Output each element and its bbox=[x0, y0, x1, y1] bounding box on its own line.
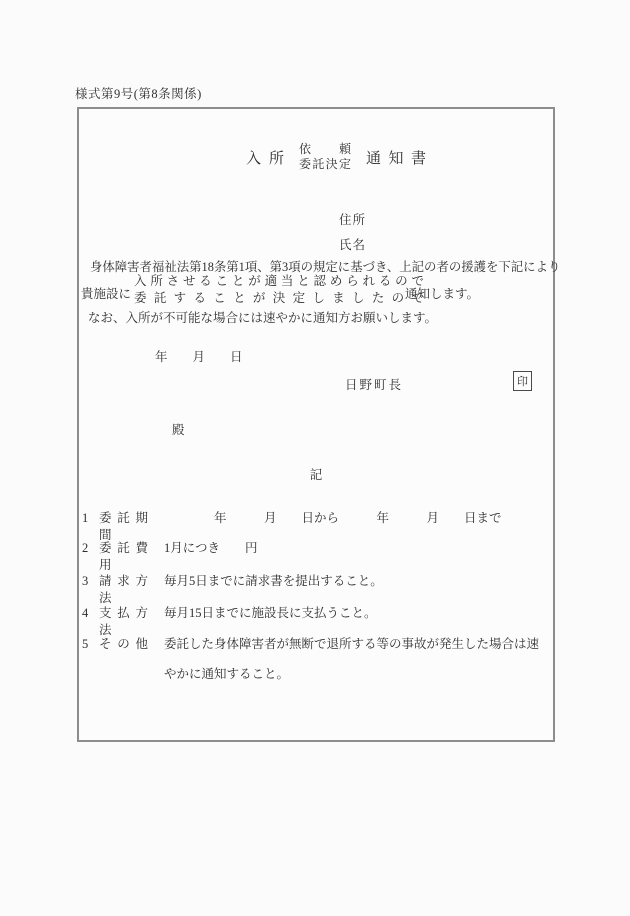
section-marker: 記 bbox=[79, 465, 553, 483]
title-part-tsuchisho: 通知書 bbox=[366, 147, 426, 168]
item-content: 毎月5日までに請求書を提出すること。 bbox=[164, 573, 547, 590]
name-label: 氏名 bbox=[339, 235, 366, 253]
item-label: その他 bbox=[99, 629, 148, 659]
item-number: 1 bbox=[82, 510, 99, 527]
list-item-consignment-period: 1 委託期間 年 月 日から 年 月 日まで bbox=[82, 510, 547, 544]
document-page: 様式第9号(第8条関係) 入所 依頼 委託決定 通知書 住所 氏名 身体障害者福… bbox=[0, 0, 630, 916]
list-item-other: 5 その他 委託した身体障害者が無断で退所する等の事故が発生した場合は速やかに通… bbox=[82, 629, 547, 689]
item-content: 1月につき 円 bbox=[164, 540, 547, 557]
issuer-name: 日野町長 bbox=[345, 375, 403, 393]
item-content: 毎月15日までに施設長に支払うこと。 bbox=[164, 605, 547, 622]
title-stack-top: 依頼 bbox=[299, 142, 351, 157]
body-line-2: 貴施設に 入所させることが適当と認められるので 委託することが決定しましたので … bbox=[79, 273, 553, 311]
item-number: 3 bbox=[82, 573, 99, 590]
body-stack-bottom: 委託することが決定しましたので bbox=[134, 290, 424, 307]
body-prefix: 貴施設に bbox=[81, 284, 131, 302]
item-label: 請求方法 bbox=[99, 573, 148, 607]
title-stacked-fraction: 依頼 委託決定 bbox=[299, 142, 351, 172]
item-label: 委託費用 bbox=[99, 540, 148, 574]
title-stack-bottom: 委託決定 bbox=[299, 157, 351, 172]
body-note: なお、入所が不可能な場合には速やかに通知方お願いします。 bbox=[88, 308, 437, 326]
item-content: 委託した身体障害者が無断で退所する等の事故が発生した場合は速やかに通知すること。 bbox=[164, 629, 547, 689]
body-stacked-fraction: 入所させることが適当と認められるので 委託することが決定しましたので bbox=[134, 273, 424, 306]
document-frame: 入所 依頼 委託決定 通知書 住所 氏名 身体障害者福祉法第18条第1項、第3項… bbox=[77, 107, 555, 742]
title-part-nyusho: 入所 bbox=[246, 147, 284, 168]
item-content: 年 月 日から 年 月 日まで bbox=[164, 510, 547, 527]
date-line: 年 月 日 bbox=[155, 347, 243, 365]
address-label: 住所 bbox=[339, 210, 366, 228]
item-number: 5 bbox=[82, 629, 99, 659]
list-item-billing-method: 3 請求方法 毎月5日までに請求書を提出すること。 bbox=[82, 573, 547, 607]
form-number: 様式第9号(第8条関係) bbox=[75, 84, 202, 102]
seal-mark: 印 bbox=[517, 373, 528, 389]
item-label: 委託期間 bbox=[99, 510, 148, 544]
seal-box: 印 bbox=[513, 371, 532, 391]
item-number: 2 bbox=[82, 540, 99, 557]
list-item-consignment-fee: 2 委託費用 1月につき 円 bbox=[82, 540, 547, 574]
addressee-honorific: 殿 bbox=[172, 420, 185, 438]
document-title: 入所 依頼 委託決定 通知書 bbox=[99, 140, 573, 174]
body-stack-top: 入所させることが適当と認められるので bbox=[134, 273, 424, 290]
body-suffix: 通知します。 bbox=[405, 284, 479, 302]
item-number: 4 bbox=[82, 605, 99, 622]
